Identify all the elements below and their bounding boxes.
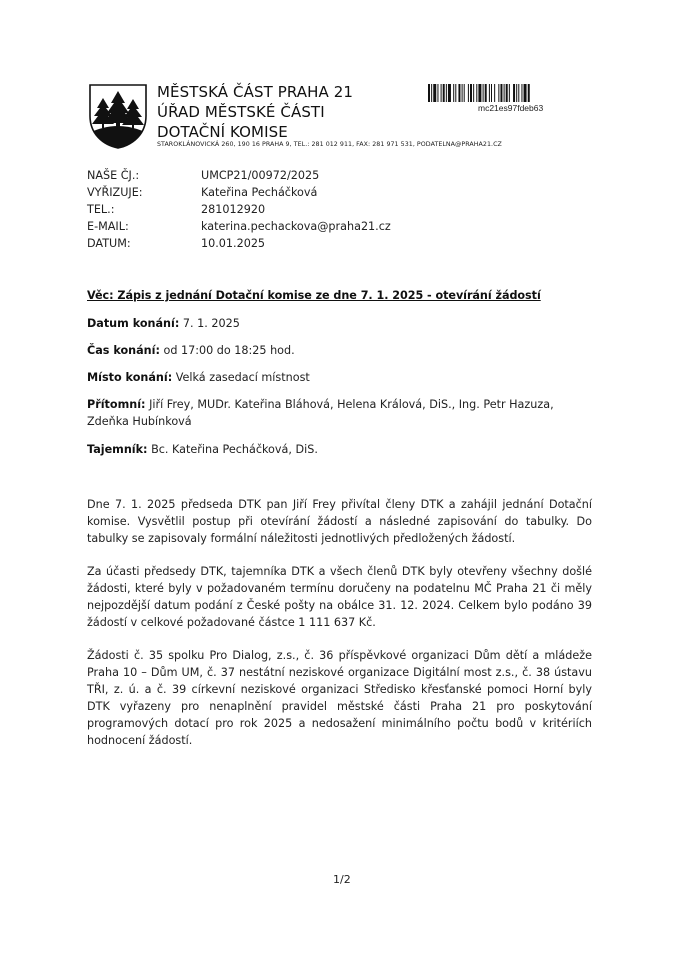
field-label: Tajemník: <box>87 443 148 456</box>
paragraph-2: Za účasti předsedy DTK, tajemníka DTK a … <box>87 563 592 631</box>
field-label: Čas konání: <box>87 344 160 357</box>
meta-label: E-MAIL: <box>87 218 201 235</box>
meta-value: 10.01.2025 <box>201 235 265 252</box>
meta-value: katerina.pechackova@praha21.cz <box>201 218 391 235</box>
meta-row-phone: TEL.: 281012920 <box>87 201 391 218</box>
field-date: Datum konání: 7. 1. 2025 <box>87 315 607 332</box>
meta-row-ref: NAŠE ČJ.: UMCP21/00972/2025 <box>87 167 391 184</box>
meta-value: 281012920 <box>201 201 265 218</box>
org-line-2: ÚŘAD MĚSTSKÉ ČÁSTI <box>157 102 353 122</box>
coat-of-arms-icon <box>87 82 149 150</box>
field-secretary: Tajemník: Bc. Kateřina Pecháčková, DiS. <box>87 441 607 458</box>
org-line-3: DOTAČNÍ KOMISE <box>157 122 353 142</box>
org-line-1: MĚSTSKÁ ČÁST PRAHA 21 <box>157 82 353 102</box>
document-page: MĚSTSKÁ ČÁST PRAHA 21 ÚŘAD MĚSTSKÉ ČÁSTI… <box>0 0 678 960</box>
page-number: 1/2 <box>333 873 351 886</box>
address-line: STAROKLÁNOVICKÁ 260, 190 16 PRAHA 9, TEL… <box>157 141 502 148</box>
organization-name: MĚSTSKÁ ČÁST PRAHA 21 ÚŘAD MĚSTSKÉ ČÁSTI… <box>157 82 353 142</box>
barcode-text: mc21es97fdeb63 <box>478 103 543 113</box>
subject-line: Věc: Zápis z jednání Dotační komise ze d… <box>87 289 541 302</box>
meta-row-date: DATUM: 10.01.2025 <box>87 235 391 252</box>
field-value: od 17:00 do 18:25 hod. <box>160 344 295 357</box>
field-value: Velká zasedací místnost <box>172 371 310 384</box>
field-label: Přítomní: <box>87 398 146 411</box>
meta-label: NAŠE ČJ.: <box>87 167 201 184</box>
meta-row-email: E-MAIL: katerina.pechackova@praha21.cz <box>87 218 391 235</box>
field-value: 7. 1. 2025 <box>179 317 240 330</box>
meta-label: TEL.: <box>87 201 201 218</box>
meta-value: UMCP21/00972/2025 <box>201 167 319 184</box>
field-value: Jiří Frey, MUDr. Kateřina Bláhová, Helen… <box>87 398 554 428</box>
paragraph-3: Žádosti č. 35 spolku Pro Dialog, z.s., č… <box>87 647 592 749</box>
meta-row-handler: VYŘIZUJE: Kateřina Pecháčková <box>87 184 391 201</box>
meta-label: VYŘIZUJE: <box>87 184 201 201</box>
meta-label: DATUM: <box>87 235 201 252</box>
meta-value: Kateřina Pecháčková <box>201 184 317 201</box>
field-time: Čas konání: od 17:00 do 18:25 hod. <box>87 342 607 359</box>
field-value: Bc. Kateřina Pecháčková, DiS. <box>148 443 318 456</box>
field-attendees: Přítomní: Jiří Frey, MUDr. Kateřina Bláh… <box>87 396 567 430</box>
field-label: Místo konání: <box>87 371 172 384</box>
field-label: Datum konání: <box>87 317 179 330</box>
field-place: Místo konání: Velká zasedací místnost <box>87 369 607 386</box>
paragraph-1: Dne 7. 1. 2025 předseda DTK pan Jiří Fre… <box>87 496 592 547</box>
reference-block: NAŠE ČJ.: UMCP21/00972/2025 VYŘIZUJE: Ka… <box>87 167 391 252</box>
barcode-icon <box>428 84 576 102</box>
